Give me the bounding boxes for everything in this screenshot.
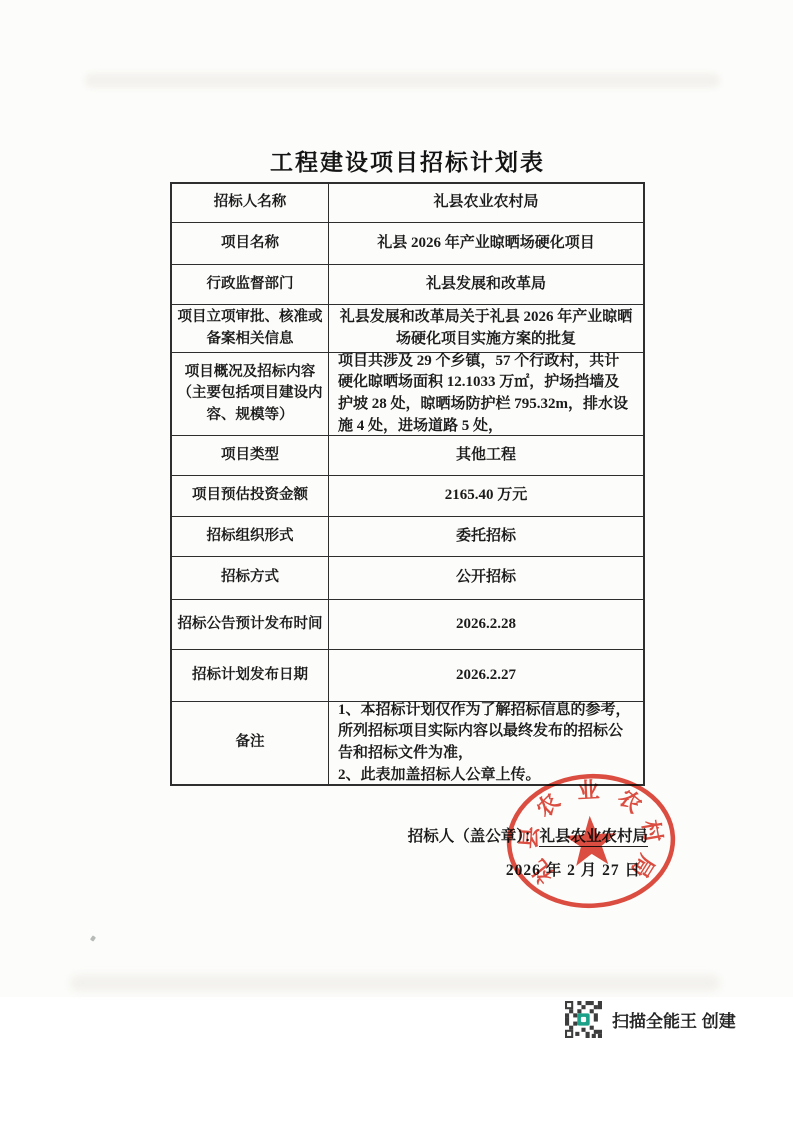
row-estimated-investment-value: 2165.40 万元 [329,476,643,517]
seal-char: 业 [577,777,601,803]
row-remarks-label: 备注 [172,702,329,784]
seal-char: 村 [638,818,666,844]
row-supervising-authority-label: 行政监督部门 [172,265,329,305]
document-title: 工程建设项目招标计划表 [170,144,645,177]
row-bidder-name-label: 招标人名称 [172,184,329,223]
paper-edge-shadow [70,975,720,991]
row-tendering-method-label: 招标方式 [172,557,329,600]
seal-star-icon [564,814,619,866]
official-seal: 礼 县 农 业 农 村 局 [499,765,682,916]
row-project-type-value: 其他工程 [329,436,643,476]
row-announcement-date-value: 2026.2.28 [329,600,643,650]
row-plan-publish-date-label: 招标计划发布日期 [172,650,329,702]
row-supervising-authority-value: 礼县发展和改革局 [329,265,643,305]
scanner-app-label: 扫描全能王 创建 [612,1007,736,1032]
row-estimated-investment-label: 项目预估投资金额 [172,476,329,517]
row-bidder-name-value: 礼县农业农村局 [329,184,643,223]
row-announcement-date-label: 招标公告预计发布时间 [172,600,329,650]
scanned-document-page: 工程建设项目招标计划表 招标人名称 礼县农业农村局 项目名称 礼县 2026 年… [0,0,793,1122]
row-approval-info-value: 礼县发展和改革局关于礼县 2026 年产业晾晒场硬化项目实施方案的批复 [329,305,643,353]
seal-char: 县 [516,826,542,850]
row-tendering-method-value: 公开招标 [329,557,643,600]
scanner-footer: 扫描全能王 创建 [565,1001,736,1038]
tender-plan-table: 招标人名称 礼县农业农村局 项目名称 礼县 2026 年产业晾晒场硬化项目 行政… [170,182,645,786]
scan-artifact-smudge [85,73,720,88]
row-project-name-value: 礼县 2026 年产业晾晒场硬化项目 [329,223,643,265]
row-project-type-label: 项目类型 [172,436,329,476]
row-approval-info-label: 项目立项审批、核准或备案相关信息 [172,305,329,353]
row-organization-form-value: 委托招标 [329,517,643,557]
row-project-name-label: 项目名称 [172,223,329,265]
remarks-line-1: 1、本招标计划仅作为了解招标信息的参考，所列招标项目实际内容以最终发布的招标公告… [338,700,634,765]
row-project-overview-label: 项目概况及招标内容（主要包括项目建设内容、规模等） [172,353,329,436]
qr-code-icon [565,1001,602,1038]
seal-char: 局 [626,850,659,882]
row-plan-publish-date-value: 2026.2.27 [329,650,643,702]
row-organization-form-label: 招标组织形式 [172,517,329,557]
row-project-overview-value: 项目共涉及 29 个乡镇，57 个行政村，共计硬化晾晒场面积 12.1033 万… [329,353,643,436]
